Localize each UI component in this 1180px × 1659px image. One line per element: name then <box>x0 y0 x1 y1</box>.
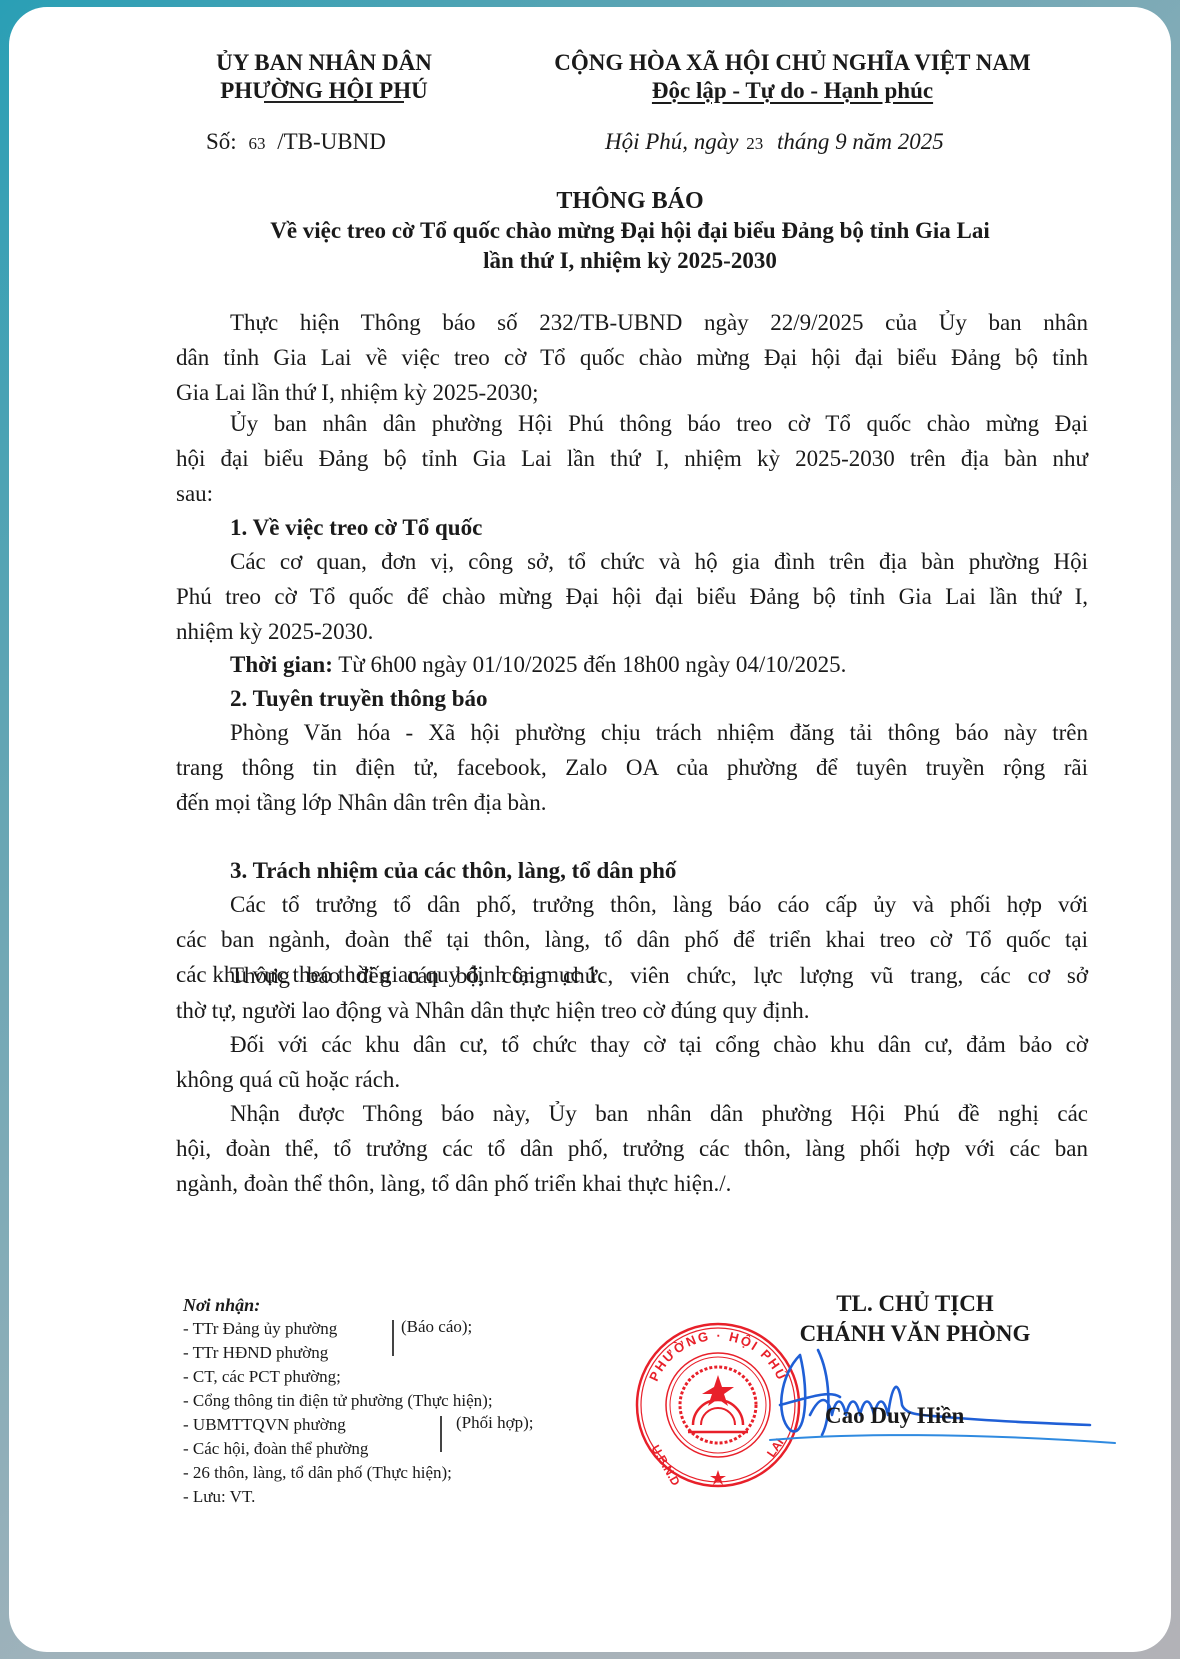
place-date: Hội Phú, ngày 23 tháng 9 năm 2025 <box>605 129 944 155</box>
day-value: 23 <box>744 134 771 153</box>
group-bracket-2 <box>440 1416 442 1452</box>
svg-text:U.B.N.D: U.B.N.D <box>648 1443 683 1489</box>
intro-paragraph-2: Ủy ban nhân dân phường Hội Phú thông báo… <box>176 406 1088 511</box>
section-2-heading: 2. Tuyên truyền thông báo <box>230 681 488 716</box>
recipient-item: - Các hội, đoàn thể phường <box>183 1437 493 1461</box>
closing-paragraph: Nhận được Thông báo này, Ủy ban nhân dân… <box>176 1096 1088 1201</box>
notice-paragraph: Thông báo đến cán bộ, công chức, viên ch… <box>176 958 1088 1028</box>
section-1-heading: 1. Về việc treo cờ Tổ quốc <box>230 510 482 545</box>
residential-paragraph: Đối với các khu dân cư, tổ chức thay cờ … <box>176 1027 1088 1097</box>
authority-line1: ỦY BAN NHÂN DÂN <box>190 49 458 77</box>
national-motto: CỘNG HÒA XÃ HỘI CHỦ NGHĨA VIỆT NAM Độc l… <box>520 49 1065 105</box>
subject-line1: Về việc treo cờ Tổ quốc chào mừng Đại hộ… <box>180 216 1080 246</box>
document-title: THÔNG BÁO <box>180 186 1080 216</box>
recipient-item: - 26 thôn, làng, tổ dân phố (Thực hiện); <box>183 1461 493 1485</box>
intro-paragraph-1: Thực hiện Thông báo số 232/TB-UBND ngày … <box>176 305 1088 410</box>
authority-underline <box>264 101 404 103</box>
time-label: Thời gian: <box>230 652 333 677</box>
recipient-item: - Cổng thông tin điện tử phường (Thực hi… <box>183 1389 493 1413</box>
star-icon <box>710 1470 726 1485</box>
section-2-text: Phòng Văn hóa - Xã hội phường chịu trách… <box>176 715 1088 820</box>
time-line: Thời gian: Từ 6h00 ngày 01/10/2025 đến 1… <box>230 647 846 682</box>
issuing-authority: ỦY BAN NHÂN DÂN PHƯỜNG HỘI PHÚ <box>190 49 458 105</box>
recipient-item: - TTr HĐND phường <box>183 1341 493 1365</box>
motto: Độc lập - Tự do - Hạnh phúc <box>652 78 933 103</box>
signature-line1: TL. CHỦ TỊCH <box>755 1289 1075 1319</box>
signer-name: Cao Duy Hiền <box>825 1403 964 1429</box>
title-block: THÔNG BÁO Về việc treo cờ Tổ quốc chào m… <box>180 186 1080 276</box>
section-1-text: Các cơ quan, đơn vị, công sở, tổ chức và… <box>176 544 1088 649</box>
document-number: Số: 63 /TB-UBND <box>206 129 386 155</box>
group-note-2: (Phối hợp); <box>456 1413 533 1433</box>
recipient-item: - Lưu: VT. <box>183 1485 493 1509</box>
recipient-item: - UBMTTQVN phường <box>183 1413 493 1437</box>
group-note-1: (Báo cáo); <box>401 1317 472 1337</box>
recipient-item: - CT, các PCT phường; <box>183 1365 493 1389</box>
recipients-title: Nơi nhận: <box>183 1293 493 1317</box>
number-value: 63 <box>242 134 271 153</box>
time-value: Từ 6h00 ngày 01/10/2025 đến 18h00 ngày 0… <box>333 652 847 677</box>
subject-line2: lần thứ I, nhiệm kỳ 2025-2030 <box>180 246 1080 276</box>
group-bracket-1 <box>392 1320 394 1356</box>
section-3-heading: 3. Trách nhiệm của các thôn, làng, tổ dâ… <box>230 853 676 888</box>
country-name: CỘNG HÒA XÃ HỘI CHỦ NGHĨA VIỆT NAM <box>520 49 1065 77</box>
